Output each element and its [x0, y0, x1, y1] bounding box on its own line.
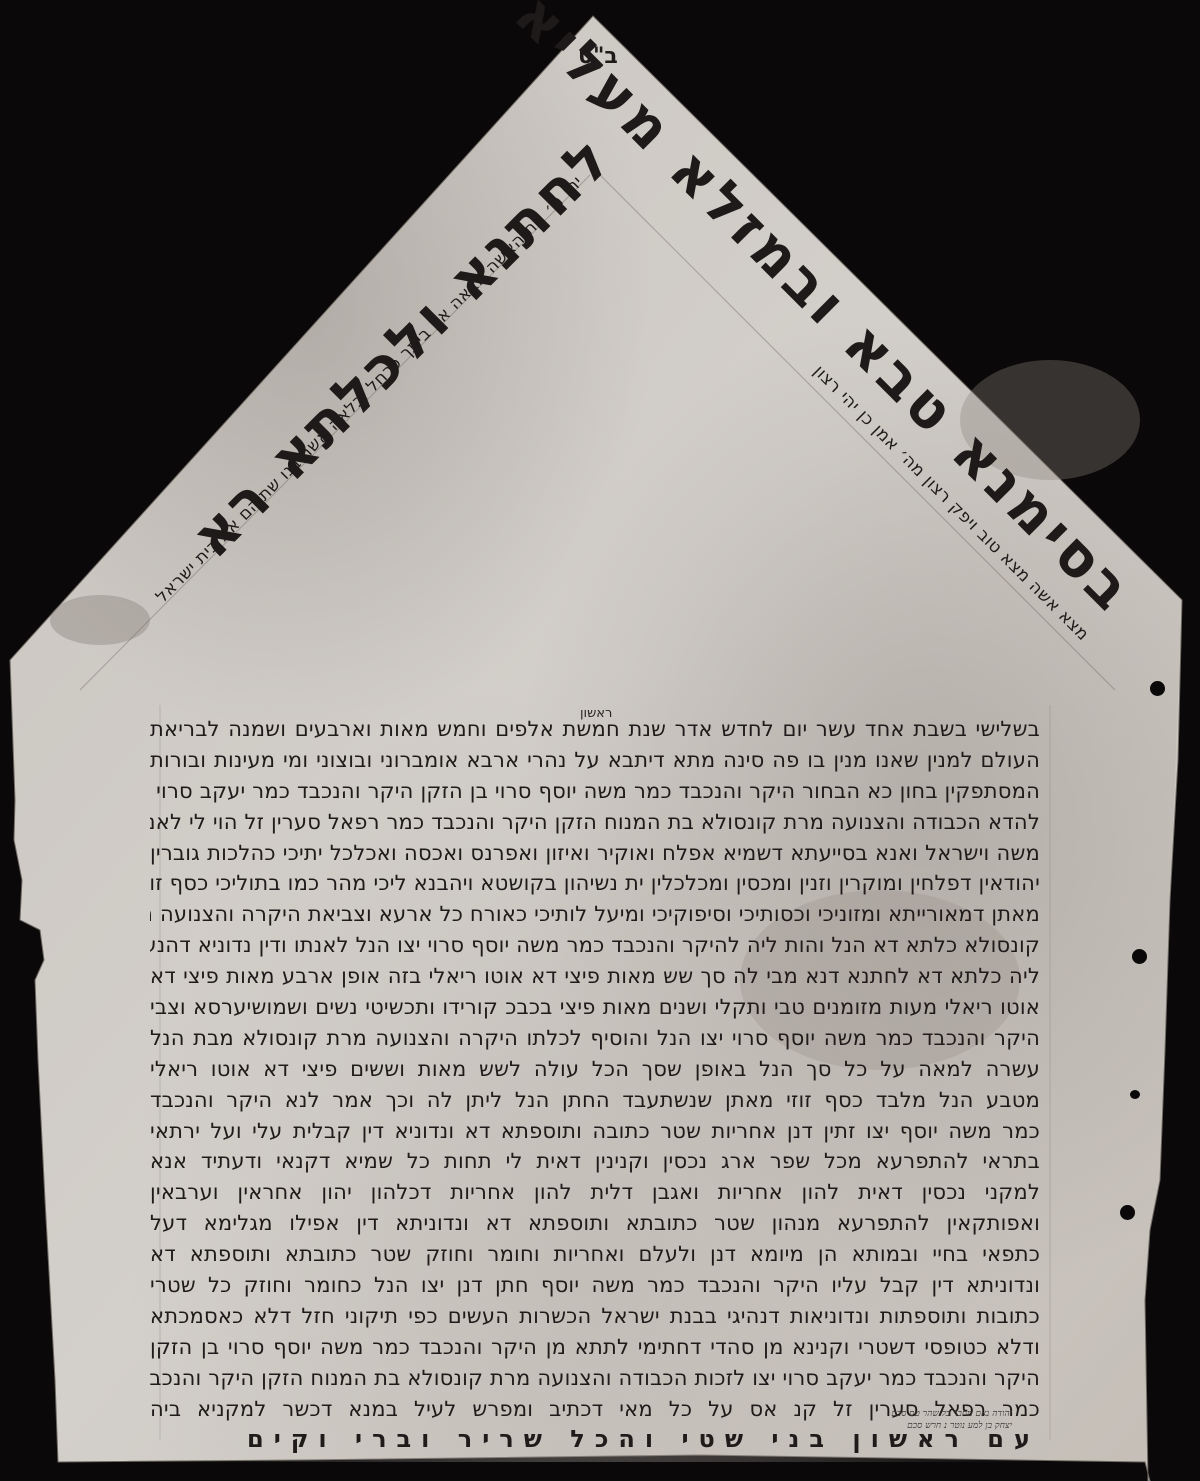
text-line: ואפותקאין להתפרעא מנהון שטר כתובתא ותוספ…: [150, 1208, 1040, 1239]
text-line: ודלא כטופסי דשטרי וקנינא מן סהדי דחתימי …: [150, 1332, 1040, 1363]
text-line: להדא הכבודה והצנועה מרת קונסולא בת המנוח…: [150, 807, 1040, 838]
binding-hole: [1120, 1205, 1135, 1220]
text-line: היקר והנכבד כמר משה יוסף סרוי יצו הנל וה…: [150, 1023, 1040, 1054]
text-line: עשרה למאה על כל סך הנל באופן שסך הכל עול…: [150, 1054, 1040, 1085]
text-line: בתראי להתפרעא מכל שפר ארג נכסין וקנינין …: [150, 1146, 1040, 1177]
text-line: העולם למנין שאנו מנין בו פה סינה מתא דית…: [150, 745, 1040, 776]
ketubbah-body-text: בשלישי בשבת אחד עשר יום לחדש אדר שנת חמש…: [150, 700, 1040, 1455]
text-line: בשלישי בשבת אחד עשר יום לחדש אדר שנת חמש…: [150, 714, 1040, 745]
text-line: קונסולא כלתא דא הנל והות ליה להיקר והנכב…: [150, 930, 1040, 961]
witness-signatures: יהודה נאם מחבר כל שהר טס סכם יצחק בן למע…: [792, 1408, 1012, 1432]
text-line: המסתפקין בחון כא הבחור היקר והנכבד כמר מ…: [150, 776, 1040, 807]
witness-signature-2: יצחק בן למע נוטר נ חרש סכם: [792, 1420, 1012, 1432]
text-line: יהודאין דפלחין ומוקרין וזנין ומכסין ומכל…: [150, 868, 1040, 899]
ketubbah-parchment: ב"ס בסימנא טבא ובמזלא מעליא מצא אשה מצא …: [0, 0, 1200, 1481]
text-line: למקני נכסין דאית להון אחריות ואגבן דלית …: [150, 1177, 1040, 1208]
text-line: כמר משה יוסף יצו זתין דנן אחריות שטר כתו…: [150, 1116, 1040, 1147]
text-line: משה וישראל ואנא בסייעתא דשמיא אפלח ואוקי…: [150, 838, 1040, 869]
text-line: ונדוניתא דין קבל עליו היקר והנכבד כמר מש…: [150, 1270, 1040, 1301]
text-line: מטבע הנל מלבד כסף זוזי מאתן שנשתעבד החתן…: [150, 1085, 1040, 1116]
binding-hole: [1132, 949, 1147, 964]
text-line: כתובות ותוספתות ונדוניאות דנהיגי בבנת יש…: [150, 1301, 1040, 1332]
text-line: כתפאי בחיי ובמותא הן מיומא דנן ולעלם ואח…: [150, 1239, 1040, 1270]
binding-hole: [1150, 681, 1165, 696]
binding-hole: [1130, 1090, 1140, 1099]
text-line: היקר והנכבד כמר יעקב סרוי יצו לזכות הכבו…: [150, 1363, 1040, 1394]
text-line: מאתן דמאורייתא ומזוניכי וכסותיכי וסיפוקי…: [150, 899, 1040, 930]
witness-signature-1: יהודה נאם מחבר כל שהר טס סכם: [792, 1408, 1012, 1420]
text-line: אוטו ריאלי מעות מזומנים טבי ותקלי ושנים …: [150, 992, 1040, 1023]
text-line: ליה כלתא דא לחתנא דנא מבי לה סך שש מאות …: [150, 961, 1040, 992]
